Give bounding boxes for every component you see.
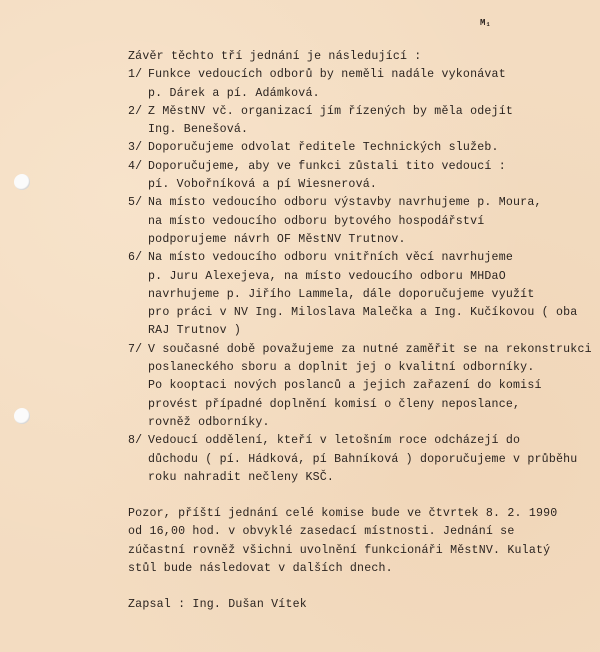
item-number: 8/ [128,432,148,450]
text-line: 6/Na místo vedoucího odboru vnitřních vě… [148,249,592,267]
text-line: Pozor, příští jednání celé komise bude v… [128,505,592,523]
list-item: 8/Vedoucí oddělení, kteří v letošním roc… [128,432,592,487]
list-item: 7/V současné době považujeme za nutné za… [128,341,592,432]
item-number: 4/ [128,158,148,176]
text-line: poslaneckého sboru a doplnit jej o kvali… [148,359,592,377]
text-line: pí. Vobořníková a pí Wiesnerová. [148,176,592,194]
text-line: navrhujeme p. Jiřího Lammela, dále dopor… [148,286,592,304]
text-line: p. Dárek a pí. Adámková. [148,85,592,103]
items-list: 1/Funkce vedoucích odborů by neměli nadá… [128,66,592,487]
text-line: důchodu ( pí. Hádková, pí Bahníková ) do… [148,451,592,469]
item-number: 2/ [128,103,148,121]
list-item: 6/Na místo vedoucího odboru vnitřních vě… [128,249,592,340]
page-mark: M₁ [480,18,491,28]
text-line: 1/Funkce vedoucích odborů by neměli nadá… [148,66,592,84]
text-line: rovněž odborníky. [148,414,592,432]
text-line: 5/Na místo vedoucího odboru výstavby nav… [148,194,592,212]
list-item: 3/Doporučujeme odvolat ředitele Technick… [128,139,592,157]
item-number: 7/ [128,341,148,359]
text-line: 3/Doporučujeme odvolat ředitele Technick… [148,139,592,157]
item-number: 3/ [128,139,148,157]
text-line: Po kooptaci nových poslanců a jejich zař… [148,377,592,395]
typewritten-text: Závěr těchto tří jednání je následující … [128,48,592,615]
text-line: Ing. Benešová. [148,121,592,139]
text-line: p. Juru Alexejeva, na místo vedoucího od… [148,268,592,286]
item-number: 1/ [128,66,148,84]
notice-paragraph: Pozor, příští jednání celé komise bude v… [128,505,592,578]
text-line: 7/V současné době považujeme za nutné za… [148,341,592,359]
list-item: 5/Na místo vedoucího odboru výstavby nav… [128,194,592,249]
text-line: provést případné doplnění komisí o členy… [148,396,592,414]
text-line: RAJ Trutnov ) [148,322,592,340]
list-item: 2/Z MěstNV vč. organizací jím řízených b… [128,103,592,140]
item-number: 6/ [128,249,148,267]
text-line: podporujeme návrh OF MěstNV Trutnov. [148,231,592,249]
punch-hole [14,408,30,424]
text-line: roku nahradit nečleny KSČ. [148,469,592,487]
list-item: 1/Funkce vedoucích odborů by neměli nadá… [128,66,592,103]
punch-hole [14,174,30,190]
text-line: na místo vedoucího odboru bytového hospo… [148,213,592,231]
text-line: stůl bude následovat v dalších dnech. [128,560,592,578]
text-line: 8/Vedoucí oddělení, kteří v letošním roc… [148,432,592,450]
document-page: M₁ Závěr těchto tří jednání je následují… [0,0,600,652]
text-line: 2/Z MěstNV vč. organizací jím řízených b… [148,103,592,121]
heading: Závěr těchto tří jednání je následující … [128,48,592,66]
list-item: 4/Doporučujeme, aby ve funkci zůstali ti… [128,158,592,195]
signature: Zapsal : Ing. Dušan Vítek [128,596,592,614]
text-line: 4/Doporučujeme, aby ve funkci zůstali ti… [148,158,592,176]
text-line: pro práci v NV Ing. Miloslava Malečka a … [148,304,592,322]
text-line: od 16,00 hod. v obvyklé zasedací místnos… [128,523,592,541]
text-line: zúčastní rovněž všichni uvolnění funkcio… [128,542,592,560]
item-number: 5/ [128,194,148,212]
